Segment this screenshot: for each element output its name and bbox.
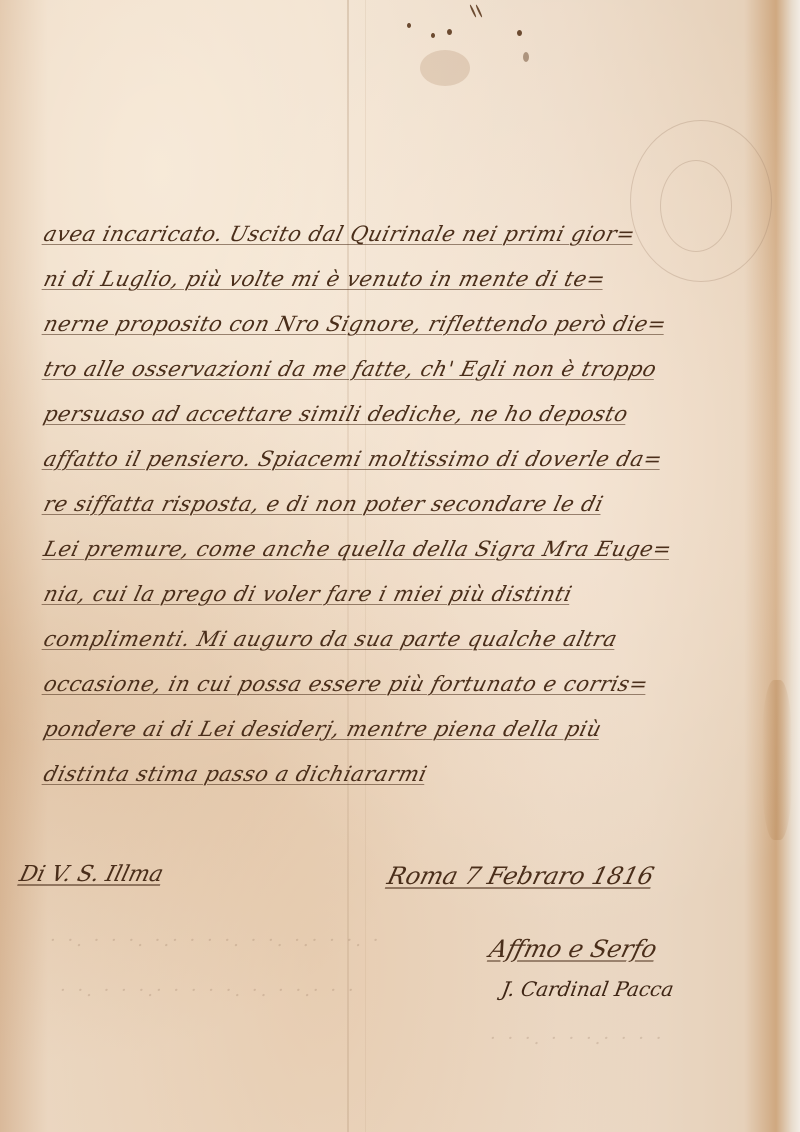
ink-spot (431, 33, 435, 38)
body-line: nerne proposito con Nro Signore, riflett… (36, 312, 787, 357)
ink-spot (517, 30, 522, 36)
salutation: Di V. S. Illma (17, 862, 166, 887)
paper-stain (420, 50, 470, 86)
body-line: ni di Luglio, più volte mi è venuto in m… (36, 267, 787, 312)
letter-body: avea incaricato. Uscito dal Quirinale ne… (36, 222, 776, 807)
valediction: Affmo e Serfo (487, 935, 660, 963)
body-line: re siffatta risposta, e di non poter sec… (36, 492, 787, 537)
body-line: Lei premure, come anche quella della Sig… (36, 537, 787, 582)
ink-spot (447, 29, 452, 35)
body-line: complimenti. Mi auguro da sua parte qual… (36, 627, 787, 672)
ink-spot (407, 23, 411, 28)
body-line: tro alle osservazioni da me fatte, ch' E… (36, 357, 787, 402)
signature: J. Cardinal Pacca (500, 977, 676, 1001)
body-line: occasione, in cui possa essere più fortu… (36, 672, 787, 717)
ink-spot (523, 52, 529, 62)
body-line: affatto il pensiero. Spiacemi moltissimo… (36, 447, 787, 492)
bleed-through-text: · · ·. · · ·.· · · · (490, 1028, 664, 1049)
body-line: pondere ai di Lei desiderj, mentre piena… (36, 717, 787, 762)
dateline: Roma 7 Febraro 1816 (385, 862, 657, 890)
body-line: distinta stima passo a dichiararmi (36, 762, 787, 807)
bleed-through-text: · ·. · · ·. ·.· · · ·. · ·. ·.· · ·. · (50, 930, 381, 951)
bleed-through-text: · ·. · · ·.· · · · ·. ·. · ·.· · · (60, 980, 357, 1001)
body-line: persuaso ad accettare simili dediche, ne… (36, 402, 787, 447)
body-line: avea incaricato. Uscito dal Quirinale ne… (36, 222, 787, 267)
letter-page: · ·. · · ·. ·.· · · ·. · ·. ·.· · ·. · ·… (0, 0, 800, 1132)
body-line: nia, cui la prego di voler fare i miei p… (36, 582, 787, 627)
